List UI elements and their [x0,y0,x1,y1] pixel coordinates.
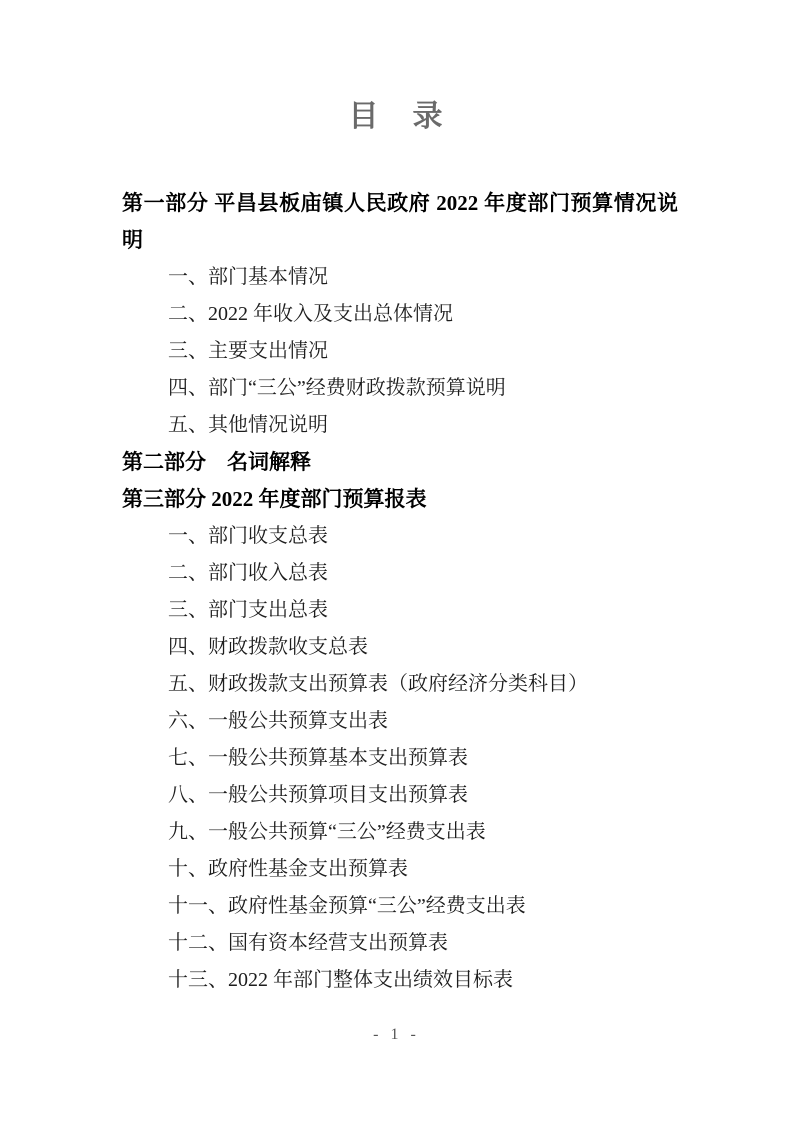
toc-item: 十三、2022 年部门整体支出绩效目标表 [122,962,678,999]
toc-item: 十、政府性基金支出预算表 [122,851,678,888]
toc-item: 七、一般公共预算基本支出预算表 [122,740,678,777]
toc-item: 一、部门基本情况 [122,259,678,296]
toc-item: 九、一般公共预算“三公”经费支出表 [122,814,678,851]
toc-item: 五、财政拨款支出预算表（政府经济分类科目） [122,666,678,703]
toc-item: 十二、国有资本经营支出预算表 [122,925,678,962]
toc-item: 二、2022 年收入及支出总体情况 [122,296,678,333]
page-number: - 1 - [0,1026,793,1044]
page-title: 目 录 [0,0,793,136]
toc-item: 五、其他情况说明 [122,407,678,444]
toc-item: 三、主要支出情况 [122,333,678,370]
toc-item: 三、部门支出总表 [122,592,678,629]
toc-item: 一、部门收支总表 [122,518,678,555]
toc-list: 第一部分 平昌县板庙镇人民政府 2022 年度部门预算情况说明一、部门基本情况二… [122,185,678,999]
toc-item: 六、一般公共预算支出表 [122,703,678,740]
toc-item: 二、部门收入总表 [122,555,678,592]
toc-item: 十一、政府性基金预算“三公”经费支出表 [122,888,678,925]
toc-item: 四、部门“三公”经费财政拨款预算说明 [122,370,678,407]
document-page: 目 录 第一部分 平昌县板庙镇人民政府 2022 年度部门预算情况说明一、部门基… [0,0,793,1122]
toc-section-heading: 第三部分 2022 年度部门预算报表 [122,481,678,518]
toc-item: 八、一般公共预算项目支出预算表 [122,777,678,814]
toc-section-heading: 第一部分 平昌县板庙镇人民政府 2022 年度部门预算情况说明 [122,185,678,259]
toc-section-heading: 第二部分 名词解释 [122,444,678,481]
toc-item: 四、财政拨款收支总表 [122,629,678,666]
